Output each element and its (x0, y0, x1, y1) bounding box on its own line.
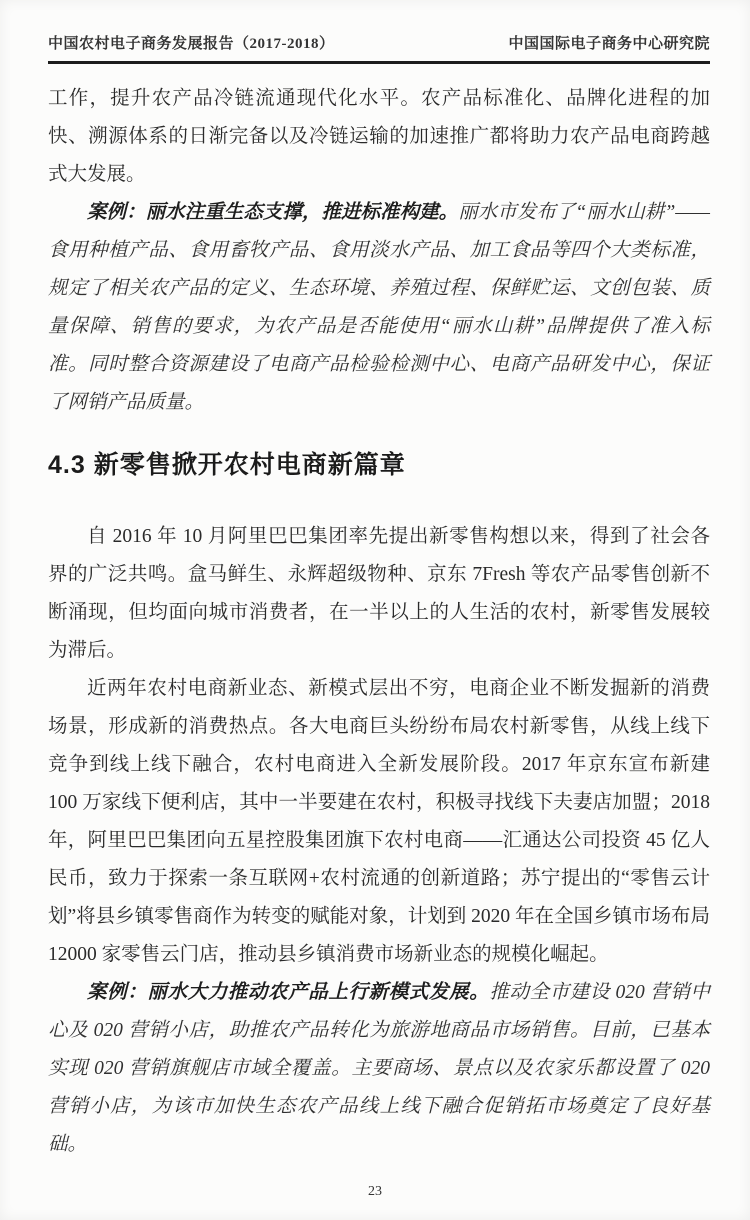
case1-body-text: 丽水市发布了“丽水山耕”——食用种植产品、食用畜牧产品、食用淡水产品、加工食品等… (48, 202, 710, 413)
case2-lead-bold: 案例：丽水大力推动农产品上行新模式发展。 (87, 982, 489, 1003)
paragraph-cold-chain-continuation: 工作，提升农产品冷链流通现代化水平。农产品标准化、品牌化进程的加快、溯源体系的日… (48, 80, 710, 194)
header-report-title: 中国农村电子商务发展报告（2017-2018） (48, 32, 335, 53)
section-heading-4-3: 4.3 新零售掀开农村电商新篇章 (48, 446, 710, 484)
document-page: 中国农村电子商务发展报告（2017-2018） 中国国际电子商务中心研究院 工作… (0, 0, 750, 1220)
page-content: 工作，提升农产品冷链流通现代化水平。农产品标准化、品牌化进程的加快、溯源体系的日… (48, 80, 710, 1164)
paragraph-rural-ecommerce-layout: 近两年农村电商新业态、新模式层出不穷，电商企业不断发掘新的消费场景，形成新的消费… (48, 670, 710, 974)
paragraph-new-retail-origin: 自 2016 年 10 月阿里巴巴集团率先提出新零售构想以来，得到了社会各界的广… (48, 518, 710, 670)
case-paragraph-lishui-standards: 案例：丽水注重生态支撑，推进标准构建。丽水市发布了“丽水山耕”——食用种植产品、… (48, 194, 710, 422)
header-institute: 中国国际电子商务中心研究院 (508, 32, 710, 53)
page-footer: 23 (0, 1184, 750, 1200)
case1-lead-bold: 案例：丽水注重生态支撑，推进标准构建。 (87, 202, 458, 223)
case-paragraph-lishui-o2o: 案例：丽水大力推动农产品上行新模式发展。推动全市建设 020 营销中心及 020… (48, 974, 710, 1164)
page-header: 中国农村电子商务发展报告（2017-2018） 中国国际电子商务中心研究院 (48, 32, 710, 64)
page-number: 23 (368, 1184, 382, 1199)
case2-body-text: 推动全市建设 020 营销中心及 020 营销小店，助推农产品转化为旅游地商品市… (48, 982, 710, 1155)
